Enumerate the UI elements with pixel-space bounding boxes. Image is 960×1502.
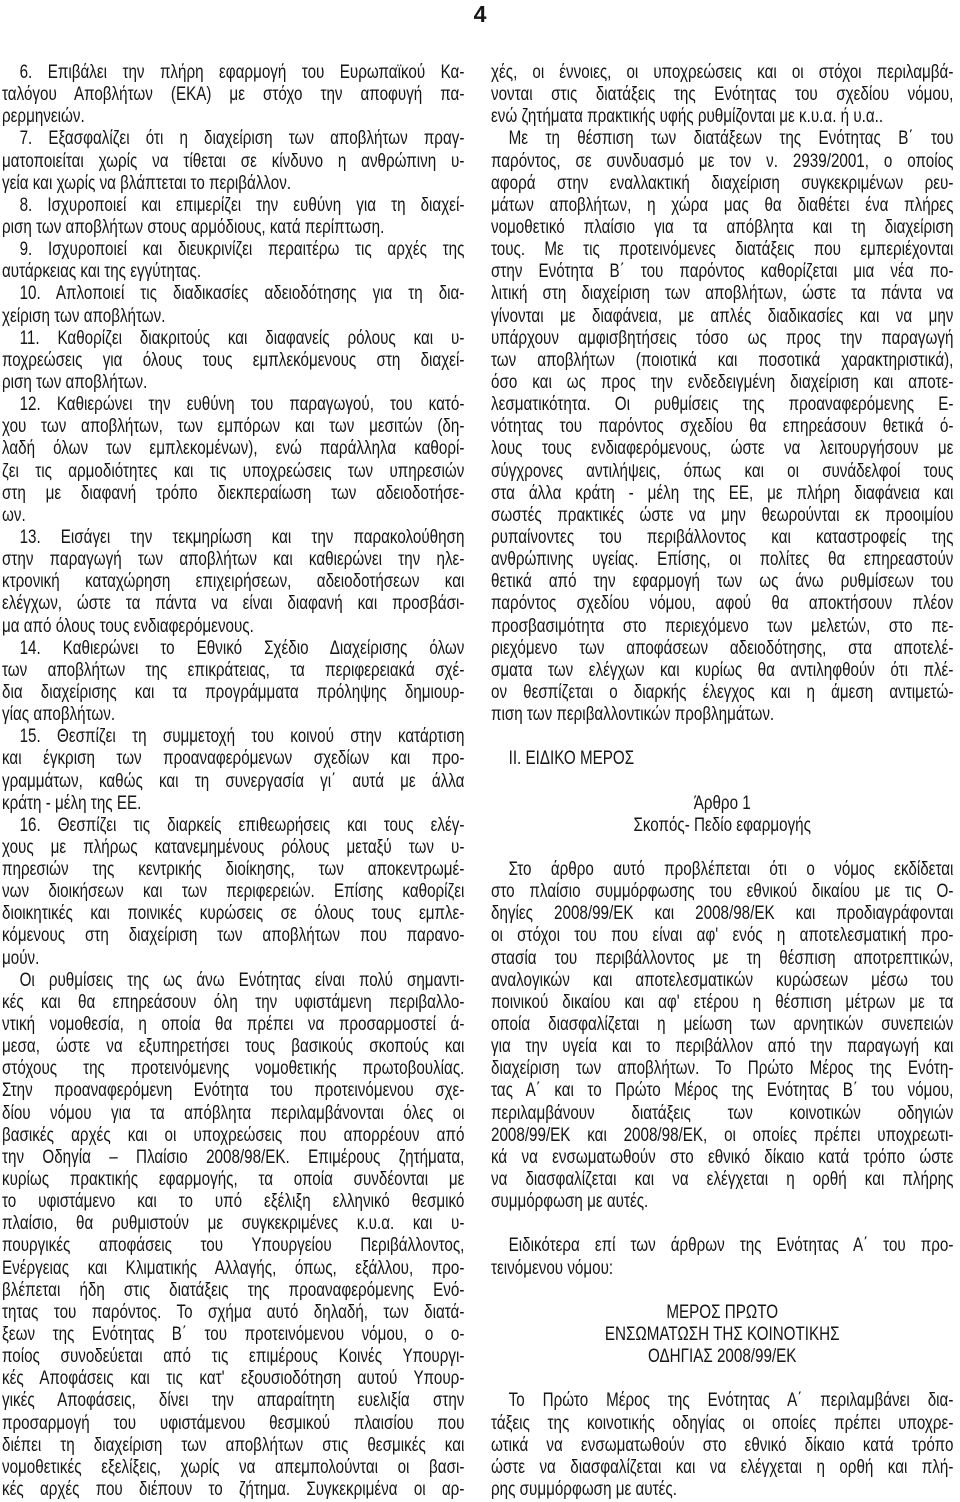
text-line: ξεων της Ενότητας Β΄ του προτεινόμενου ν… bbox=[2, 1324, 464, 1346]
blank-line bbox=[491, 1368, 953, 1390]
text-line: ωτικά να ενσωματωθούν στο εθνικό δίκαιο … bbox=[491, 1435, 953, 1457]
text-line: αφορά στην εναλλακτική διαχείριση συγκεκ… bbox=[491, 173, 953, 195]
text-line: μα από όλους τους ενδιαφερόμενους. bbox=[2, 616, 464, 638]
text-line: ελέγχων, ώστε τα πάντα να είναι διαφανή … bbox=[2, 593, 464, 615]
left-column: 6. Επιβάλει την πλήρη εφαρμογή του Ευρωπ… bbox=[2, 62, 464, 1501]
text-line: υπάρχουν αμφισβητήσεις τόσο ως προς την … bbox=[491, 328, 953, 350]
text-line: παρόντος σχεδίου νόμου, αφού θα αποκτήσο… bbox=[491, 593, 953, 615]
text-line: 7. Εξασφαλίζει ότι η διαχείριση των αποβ… bbox=[2, 128, 464, 150]
text-line: ταλόγου Αποβλήτων (ΕΚΑ) με στόχο την απο… bbox=[2, 84, 464, 106]
text-line: ντική νομοθεσία, η οποία θα πρέπει να πρ… bbox=[2, 1014, 464, 1036]
text-line: 16. Θεσπίζει τις διαρκείς επιθεωρήσεις κ… bbox=[2, 815, 464, 837]
text-line: μάτων αποβλήτων, η χώρα μας θα διαθέτει … bbox=[491, 195, 953, 217]
text-line: Ειδικότερα επί των άρθρων της Ενότητας Α… bbox=[491, 1235, 953, 1257]
blank-line bbox=[491, 1280, 953, 1302]
text-line: τητας του παρόντος. Το σχήμα αυτό δηλαδή… bbox=[2, 1302, 464, 1324]
text-line: στασία του περιβάλλοντος με τη θέσπιση α… bbox=[491, 948, 953, 970]
text-line: Το Πρώτο Μέρος της Ενότητας Α΄ περιλαμβά… bbox=[491, 1390, 953, 1412]
text-line: ώστε να διασφαλίζεται και να ελέγχεται η… bbox=[491, 1457, 953, 1479]
text-line: 14. Καθιερώνει το Εθνικό Σχέδιο Διαχείρι… bbox=[2, 638, 464, 660]
blank-line bbox=[491, 837, 953, 859]
text-line: σωστές πρακτικές ώστε να μην θεωρούνται … bbox=[491, 505, 953, 527]
text-line: Με τη θέσπιση των διατάξεων της Ενότητας… bbox=[491, 128, 953, 150]
text-line: Στην προαναφερόμενη Ενότητα του προτεινό… bbox=[2, 1080, 464, 1102]
text-line: συμμόρφωση με αυτές. bbox=[491, 1191, 953, 1213]
text-line: μούν. bbox=[2, 948, 464, 970]
text-line: ποχρεώσεις για όλους τους εμπλεκόμενους … bbox=[2, 350, 464, 372]
text-line: 9. Ισχυροποιεί και διευκρινίζει περαιτέρ… bbox=[2, 239, 464, 261]
text-line: γικές Αποφάσεις, δίνει την απαραίτητη ευ… bbox=[2, 1390, 464, 1412]
blank-line bbox=[491, 1213, 953, 1235]
centered-heading-line: Άρθρο 1 bbox=[491, 793, 953, 815]
text-line: γραμμάτων, καθώς και τη συνεργασία γι΄ α… bbox=[2, 771, 464, 793]
text-line: διοικητικές και ποινικές κυρώσεις σε όλο… bbox=[2, 903, 464, 925]
text-line: στο πλαίσιο συμμόρφωσης του εθνικού δικα… bbox=[491, 881, 953, 903]
text-line: δια διαχείρισης και τα προγράμματα πρόλη… bbox=[2, 682, 464, 704]
text-line: ποίος συνοδεύεται από τις επιμέρους Κοιν… bbox=[2, 1346, 464, 1368]
text-line: πουργικές αποφάσεις του Υπουργείου Περιβ… bbox=[2, 1235, 464, 1257]
centered-heading-line: ΟΔΗΓΙΑΣ 2008/99/ΕΚ bbox=[491, 1346, 953, 1368]
text-line: οποία διασφαλίζεται η μείωση των αρνητικ… bbox=[491, 1014, 953, 1036]
text-line: ον θεσπίζεται ο διαρκής έλεγχος και η άμ… bbox=[491, 682, 953, 704]
text-line: στη με διαφανή τρόπο διεκπεραίωση των αδ… bbox=[2, 483, 464, 505]
text-line: διέπει τη διαχείριση των αποβλήτων στις … bbox=[2, 1435, 464, 1457]
text-line: κές Αποφάσεις και τις κατ' εξουσιοδότηση… bbox=[2, 1368, 464, 1390]
text-line: στα άλλα κράτη - μέλη της ΕΕ, με πλήρη δ… bbox=[491, 483, 953, 505]
text-line: νότητας του παρόντος σχεδίου θα επηρεάσο… bbox=[491, 416, 953, 438]
text-line: τας Α΄ και το Πρώτο Μέρος της Ενότητας Β… bbox=[491, 1080, 953, 1102]
text-line: 10. Απλοποιεί τις διαδικασίες αδειοδότησ… bbox=[2, 283, 464, 305]
text-line: ρης συμμόρφωση με αυτές. bbox=[491, 1479, 953, 1501]
text-line: νων διοικήσεων και των περιφερειών. Επίσ… bbox=[2, 881, 464, 903]
text-line: ων. bbox=[2, 505, 464, 527]
text-line: για την υγεία και το περιβάλλον από την … bbox=[491, 1036, 953, 1058]
text-line: σύγχρονες αντιλήψεις, όπως και οι συνάδε… bbox=[491, 461, 953, 483]
text-line: ΙΙ. ΕΙΔΙΚΟ ΜΕΡΟΣ bbox=[491, 748, 953, 770]
right-column: χές, οι έννοιες, οι υποχρεώσεις και οι σ… bbox=[491, 62, 953, 1501]
text-line: στόχους της προτεινόμενης νομοθετικής πρ… bbox=[2, 1058, 464, 1080]
page-number: 4 bbox=[0, 1, 960, 28]
text-line: ριση των αποβλήτων στους αρμόδιους, κατά… bbox=[2, 217, 464, 239]
text-line: νομοθετικές εξελίξεις, χωρίς να απεμπολο… bbox=[2, 1457, 464, 1479]
text-line: ζει τις αρμοδιότητες και τις υποχρεώσεις… bbox=[2, 461, 464, 483]
text-line: ενώ ζητήματα πρακτικής υφής ρυθμίζονται … bbox=[491, 106, 953, 128]
text-line: κές αρχές που διέπουν το ζήτημα. Συγκεκρ… bbox=[2, 1479, 464, 1501]
text-line: 2008/99/ΕΚ και 2008/98/ΕΚ, οι οποίες πρέ… bbox=[491, 1125, 953, 1147]
text-line: στην Ενότητα Β΄ του παρόντος καθορίζεται… bbox=[491, 261, 953, 283]
text-line: νονται στις διατάξεις της Ενότητας του σ… bbox=[491, 84, 953, 106]
text-line: κά να ενσωματωθούν στο εθνικό δίκαιο κατ… bbox=[491, 1147, 953, 1169]
text-line: αναλογικών και αποτελεσματικών κυρώσεων … bbox=[491, 970, 953, 992]
centered-heading-line: ΜΕΡΟΣ ΠΡΩΤΟ bbox=[491, 1302, 953, 1324]
text-line: κυρίως πρακτικής εφαρμογής, τα οποία συν… bbox=[2, 1169, 464, 1191]
text-line: δηγίες 2008/99/ΕΚ και 2008/98/ΕΚ και προ… bbox=[491, 903, 953, 925]
text-line: Ενέργειας και Κλιματικής Αλλαγής, όπως, … bbox=[2, 1258, 464, 1280]
text-line: την Οδηγία – Πλαίσιο 2008/98/ΕΚ. Επιμέρο… bbox=[2, 1147, 464, 1169]
text-line: τεινόμενου νόμου: bbox=[491, 1258, 953, 1280]
text-line: πλαίσιο, θα ρυθμιστούν με συγκεκριμένες … bbox=[2, 1213, 464, 1235]
text-line: νομοθετικό πλαίσιο για τα απόβλητα και τ… bbox=[491, 217, 953, 239]
text-line: προσβασιμότητα στο περιεχόμενο των μελετ… bbox=[491, 616, 953, 638]
text-line: τους. Με τις προτεινόμενες διατάξεις που… bbox=[491, 239, 953, 261]
text-line: ριση των αποβλήτων. bbox=[2, 372, 464, 394]
text-line: 11. Καθορίζει διακριτούς και διαφανείς ρ… bbox=[2, 328, 464, 350]
text-line: χου των αποβλήτων, των εμπόρων και των μ… bbox=[2, 416, 464, 438]
text-line: διαχείριση των αποβλήτων. Το Πρώτο Μέρος… bbox=[491, 1058, 953, 1080]
centered-heading-line: ΕΝΣΩΜΑΤΩΣΗ ΤΗΣ ΚΟΙΝΟΤΙΚΗΣ bbox=[491, 1324, 953, 1346]
text-line: προσαρμογή του υφιστάμενου θεσμικού πλαι… bbox=[2, 1413, 464, 1435]
document-page: 4 6. Επιβάλει την πλήρη εφαρμογή του Ευρ… bbox=[0, 0, 960, 1502]
text-line: τάξεις της κοινοτικής οδηγίας οι οποίες … bbox=[491, 1413, 953, 1435]
text-line: 12. Καθιερώνει την ευθύνη του παραγωγού,… bbox=[2, 394, 464, 416]
text-line: λαδή όλων των εμπλεκομένων), ενώ παράλλη… bbox=[2, 438, 464, 460]
text-line: οι στόχοι του που είναι αφ' ενός η αποτε… bbox=[491, 925, 953, 947]
text-line: όσο και ως προς την ενδεδειγμένη διαχείρ… bbox=[491, 372, 953, 394]
blank-line bbox=[491, 771, 953, 793]
text-line: 15. Θεσπίζει τη συμμετοχή του κοινού στη… bbox=[2, 726, 464, 748]
text-line: κτρονική καταχώρηση επιχειρήσεων, αδειοδ… bbox=[2, 571, 464, 593]
centered-heading-line: Σκοπός- Πεδίο εφαρμογής bbox=[491, 815, 953, 837]
text-line: αυτάρκειας και της εγγύτητας. bbox=[2, 261, 464, 283]
text-line: λιτική στη διαχείριση των αποβλήτων, ώστ… bbox=[491, 283, 953, 305]
text-line: γίνονται με διαφάνεια, με απλές διαδικασ… bbox=[491, 306, 953, 328]
blank-line bbox=[491, 726, 953, 748]
text-line: βασικές αρχές και οι υποχρεώσεις που απο… bbox=[2, 1125, 464, 1147]
text-line: κές και θα επηρεάσουν όλη την υφιστάμενη… bbox=[2, 992, 464, 1014]
text-line: να διασφαλίζεται και να ελέγχεται η ορθή… bbox=[491, 1169, 953, 1191]
text-line: το υφιστάμενο και το υπό εξέλιξη ελληνικ… bbox=[2, 1191, 464, 1213]
text-line: χους με πλήρως κατανεμημένους ρόλους μετ… bbox=[2, 837, 464, 859]
text-line: στην παραγωγή των αποβλήτων και καθιερών… bbox=[2, 549, 464, 571]
text-line: των αποβλήτων της επικράτειας, τα περιφε… bbox=[2, 660, 464, 682]
text-line: λους τους ενδιαφερόμενους, ώστε να λειτο… bbox=[491, 438, 953, 460]
text-line: πιση των περιβαλλοντικών προβλημάτων. bbox=[491, 704, 953, 726]
text-line: λεσματικότητα. Οι ρυθμίσεις της προαναφε… bbox=[491, 394, 953, 416]
text-line: 13. Εισάγει την τεκμηρίωση και την παρακ… bbox=[2, 527, 464, 549]
text-line: δίου νόμου για τα απόβλητα περιλαμβάνοντ… bbox=[2, 1103, 464, 1125]
text-line: περιλαμβάνουν διατάξεις των κοινοτικών ο… bbox=[491, 1103, 953, 1125]
text-line: σματα των ελέγχων και κυρίως θα αντιληφθ… bbox=[491, 660, 953, 682]
text-line: χές, οι έννοιες, οι υποχρεώσεις και οι σ… bbox=[491, 62, 953, 84]
text-line: μεσα, ώστε να εξυπηρετήσει τους βασικούς… bbox=[2, 1036, 464, 1058]
text-line: βλέπεται ήδη στις διατάξεις της προαναφε… bbox=[2, 1280, 464, 1302]
text-line: χείριση των αποβλήτων. bbox=[2, 306, 464, 328]
text-line: κόμενους στη διαχείριση των αποβλήτων πο… bbox=[2, 925, 464, 947]
text-line: ριεχόμενο των αποφάσεων αδειοδότησης, στ… bbox=[491, 638, 953, 660]
text-line: Στο άρθρο αυτό προβλέπεται ότι ο νόμος ε… bbox=[491, 859, 953, 881]
text-line: θετικά από την εφαρμογή των ως άνω ρυθμί… bbox=[491, 571, 953, 593]
text-line: Οι ρυθμίσεις της ως άνω Ενότητας είναι π… bbox=[2, 970, 464, 992]
text-line: 8. Ισχυροποιεί και επιμερίζει την ευθύνη… bbox=[2, 195, 464, 217]
text-line: ανθρώπινης υγείας. Επίσης, οι πολίτες θα… bbox=[491, 549, 953, 571]
text-line: και έγκριση των προαναφερόμενων σχεδίων … bbox=[2, 748, 464, 770]
text-line: ποινικού δικαίου και αφ' ετέρου η θέσπισ… bbox=[491, 992, 953, 1014]
text-line: 6. Επιβάλει την πλήρη εφαρμογή του Ευρωπ… bbox=[2, 62, 464, 84]
text-line: παρόντος, σε συνδυασμό με τον ν. 2939/20… bbox=[491, 151, 953, 173]
text-line: γίας αποβλήτων. bbox=[2, 704, 464, 726]
text-line: γεία και χωρίς να βλάπτεται το περιβάλλο… bbox=[2, 173, 464, 195]
text-line: των αποβλήτων (ποιοτικά και ποσοτικά χαρ… bbox=[491, 350, 953, 372]
text-line: πηρεσιών της κεντρικής διοίκησης, των απ… bbox=[2, 859, 464, 881]
text-line: ματοποιείται χωρίς να τίθεται σε κίνδυνο… bbox=[2, 151, 464, 173]
text-line: ρυπαίνοντες του περιβάλλοντος και καταστ… bbox=[491, 527, 953, 549]
text-line: κράτη - μέλη της ΕΕ. bbox=[2, 793, 464, 815]
text-line: ρερμηνειών. bbox=[2, 106, 464, 128]
